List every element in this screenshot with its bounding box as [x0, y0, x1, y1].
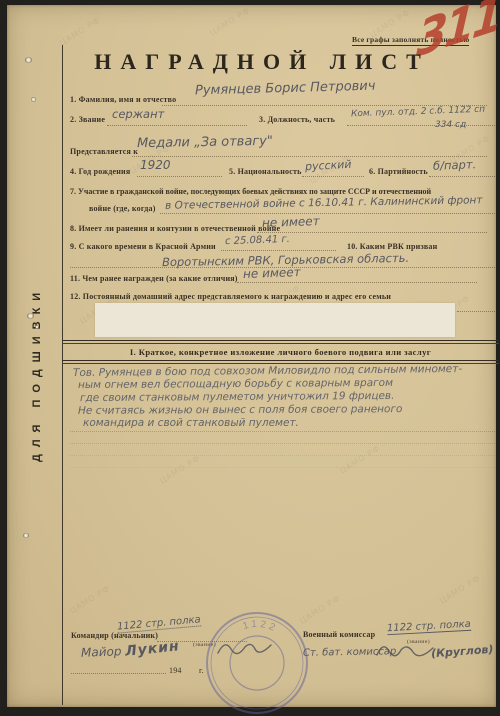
form-line [237, 282, 477, 283]
field-war-label-line2: войне (где, когда) [89, 204, 156, 213]
punch-hole [27, 313, 34, 319]
ruled-line [70, 455, 495, 456]
commissar-signature-scrawl [375, 641, 437, 663]
form-line [132, 156, 487, 157]
punch-hole [25, 57, 32, 63]
archive-watermark: ЦАМО РФ [68, 583, 112, 615]
field-army-since-value: с 25.08.41 г. [225, 234, 290, 247]
commander-rank-value: Майор [81, 644, 122, 659]
citation-line: командира и свой станковый пулемет. [83, 417, 299, 429]
field-wounds-value: не имеет [262, 214, 320, 230]
form-line [107, 125, 247, 126]
punch-hole [35, 325, 39, 329]
field-recommended-label: Представляется к [70, 147, 138, 156]
filing-margin-label: ДЛЯ ПОДШИВКИ [31, 263, 47, 485]
form-line [160, 213, 495, 214]
ruled-line [70, 443, 495, 444]
stamp-number-text: 1122 [242, 619, 280, 635]
form-line [137, 176, 222, 177]
commander-signature: Лукин [124, 638, 180, 660]
field-wounds-label: 8. Имеет ли ранения и контузии в отечест… [70, 224, 280, 233]
field-address-label: 12. Постоянный домашний адрес представля… [70, 292, 391, 301]
commander-label: Командир (начальник) [71, 631, 158, 640]
form-line [347, 125, 495, 126]
award-sheet-page: ЦАМО РФ ЦАМО РФ ЦАМО РФ ЦАМО РФ ЦАМО РФ … [7, 5, 496, 707]
field-position-label: 3. Должность, часть [259, 115, 335, 124]
punch-hole [23, 533, 29, 538]
archive-watermark: ЦАМО РФ [158, 453, 202, 485]
form-line [302, 176, 364, 177]
svg-text:1122: 1122 [242, 619, 280, 635]
citation-line: ным огнем вел беспощадную борьбу с ковар… [78, 377, 393, 391]
unit-round-stamp: 1122 [203, 609, 311, 716]
field-name-label: 1. Фамилия, имя и отчество [70, 95, 176, 104]
field-party-value: б/парт. [433, 157, 477, 172]
field-war-label-line1: 7. Участие в гражданской войне, последую… [70, 187, 431, 196]
redacted-address-box [95, 303, 455, 337]
field-birth-year-value: 1920 [140, 158, 171, 172]
ruled-line [70, 467, 495, 468]
section1-header: I. Краткое, конкретное изложение личного… [62, 347, 499, 357]
commander-unit-value: 1122 стр. полка [117, 614, 202, 633]
form-line [257, 232, 487, 233]
ruled-line [70, 431, 495, 432]
punch-hole [31, 97, 36, 102]
form-line [457, 311, 495, 312]
field-rvk-label: 10. Каким РВК призван [347, 242, 437, 251]
form-line [221, 250, 336, 251]
date-line [71, 673, 166, 674]
field-army-since-label: 9. С какого времени в Красной Армии [70, 242, 216, 251]
commissar-label: Военный комиссар [303, 630, 375, 639]
citation-line: где своим станковым пулеметом уничтожил … [80, 390, 395, 404]
section-divider [62, 360, 499, 361]
archive-watermark: ЦАМО РФ [438, 573, 482, 605]
field-party-label: 6. Партийность [369, 167, 428, 176]
date-year-prefix: 194 [169, 666, 182, 675]
field-prior-awards-value: не имеет [243, 265, 301, 281]
section-divider [62, 340, 499, 341]
field-rank-value: сержант [112, 107, 164, 121]
archive-watermark: ЦАМО РФ [208, 5, 252, 37]
field-rank-label: 2. Звание [70, 115, 105, 124]
section-divider [62, 343, 499, 344]
commissar-unit-value: 1122 стр. полка [387, 619, 471, 635]
field-war-value: в Отечественной войне с 16.10.41 г. Кали… [165, 194, 483, 212]
field-recommended-value: Медали „За отвагу" [137, 134, 273, 151]
field-prior-awards-label: 11. Чем ранее награжден (за какие отличи… [70, 274, 238, 283]
field-nationality-value: русский [305, 158, 352, 173]
citation-line: Тов. Румянцев в бою под совхозом Миловид… [73, 363, 462, 379]
form-line [429, 176, 495, 177]
field-name-value: Румянцев Борис Петрович [195, 79, 376, 99]
citation-line: Не считаясь жизнью он вынес с поля боя с… [78, 403, 402, 417]
archive-watermark: ЦАМО РФ [58, 15, 102, 47]
filing-margin-rule [62, 45, 63, 705]
document-title: НАГРАДНОЙ ЛИСТ [62, 49, 462, 75]
field-nationality-label: 5. Национальность [229, 167, 302, 176]
field-position-value: Ком. пул. отд. 2 с.б. 1122 сп [351, 105, 485, 120]
commissar-signature: (Круглов) [431, 643, 494, 660]
archive-watermark: ЦАМО РФ [338, 443, 382, 475]
field-birth-year-label: 4. Год рождения [70, 167, 130, 176]
